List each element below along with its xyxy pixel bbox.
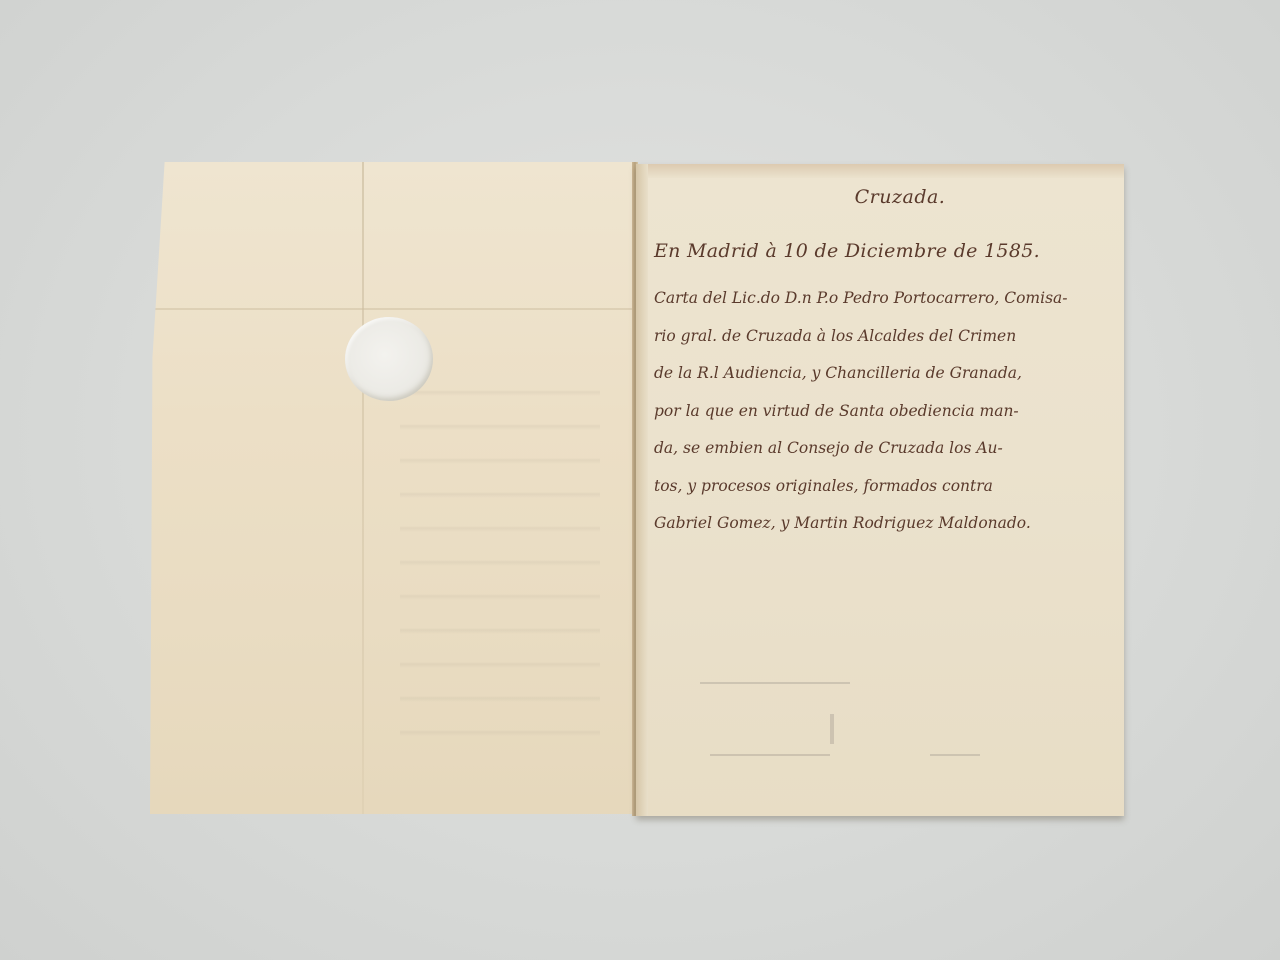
- bleed-stroke: [830, 714, 834, 744]
- ink-bleed-through: [400, 362, 600, 762]
- horizontal-fold-line: [150, 308, 638, 310]
- body-line: Carta del Lic.do D.n P.o Pedro Portocarr…: [654, 280, 1120, 318]
- bleed-stroke: [700, 682, 850, 684]
- embossed-seal-icon: [345, 317, 433, 401]
- body-line: de la R.l Audiencia, y Chancilleria de G…: [654, 355, 1120, 393]
- manuscript-text: Cruzada. En Madrid à 10 de Diciembre de …: [650, 180, 1120, 543]
- letter-body: Carta del Lic.do D.n P.o Pedro Portocarr…: [654, 280, 1120, 543]
- page-spine-edge: [636, 164, 648, 816]
- body-line: por la que en virtud de Santa obediencia…: [654, 393, 1120, 431]
- date-line: En Madrid à 10 de Diciembre de 1585.: [654, 240, 1120, 262]
- body-line: rio gral. de Cruzada à los Alcaldes del …: [654, 318, 1120, 356]
- ink-bleed-through-right: [680, 672, 980, 762]
- page-top-edge: [636, 164, 1124, 178]
- body-line: Gabriel Gomez, y Martin Rodriguez Maldon…: [654, 505, 1120, 543]
- body-line: tos, y procesos originales, formados con…: [654, 468, 1120, 506]
- bleed-stroke: [710, 754, 830, 756]
- body-line: da, se embien al Consejo de Cruzada los …: [654, 430, 1120, 468]
- left-page: [150, 162, 638, 814]
- photo-stage: Cruzada. En Madrid à 10 de Diciembre de …: [0, 0, 1280, 960]
- vertical-fold-line: [362, 162, 364, 814]
- document-title: Cruzada.: [680, 186, 1120, 208]
- bleed-stroke: [930, 754, 980, 756]
